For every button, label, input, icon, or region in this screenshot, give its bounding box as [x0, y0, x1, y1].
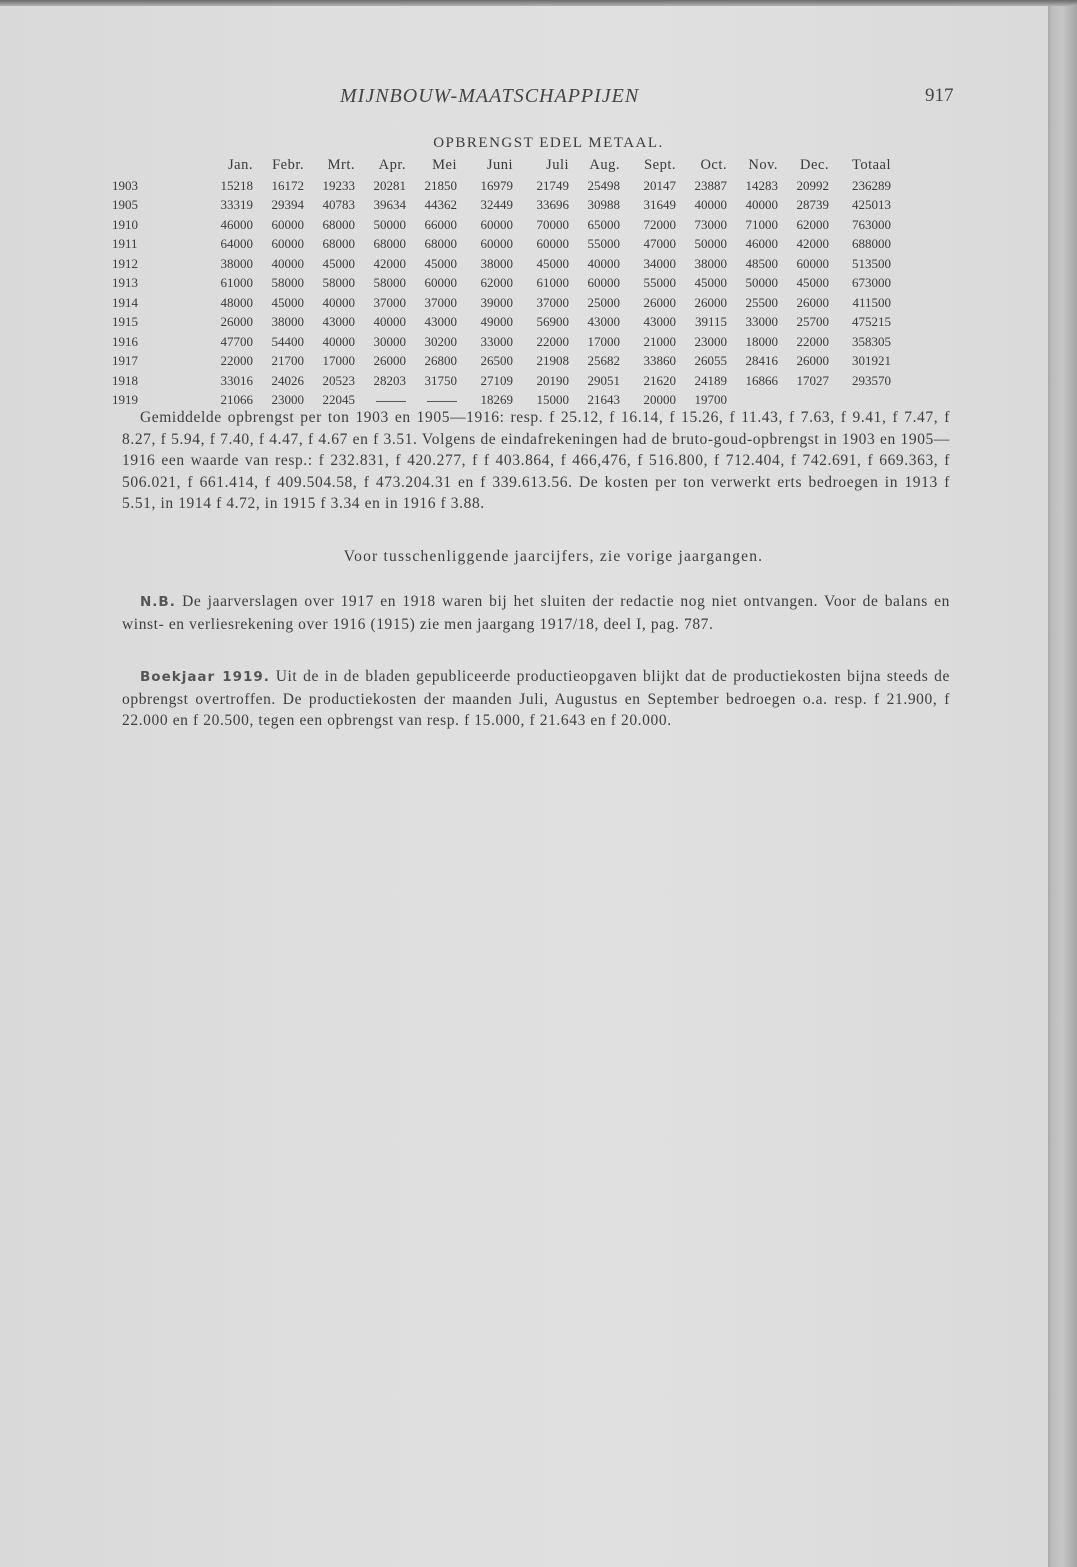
- year-cell: 1918: [112, 371, 202, 391]
- value-cell: 16979: [457, 176, 513, 196]
- value-cell: 45000: [676, 274, 727, 294]
- value-cell: 50000: [676, 235, 727, 255]
- page-number: 917: [925, 85, 954, 107]
- value-cell: 26000: [778, 293, 829, 313]
- column-header: Apr.: [355, 155, 406, 176]
- column-header: Mei: [406, 155, 457, 176]
- value-cell: 21620: [620, 371, 676, 391]
- value-cell: 65000: [569, 215, 620, 235]
- value-cell: 425013: [829, 196, 891, 216]
- value-cell: 60000: [253, 215, 304, 235]
- value-cell: 33000: [457, 332, 513, 352]
- value-cell: 70000: [513, 215, 569, 235]
- value-cell: 73000: [676, 215, 727, 235]
- value-cell: 293570: [829, 371, 891, 391]
- value-cell: 21908: [513, 352, 569, 372]
- value-cell: 56900: [513, 313, 569, 333]
- value-cell: 72000: [620, 215, 676, 235]
- value-cell: 58000: [355, 274, 406, 294]
- value-cell: 68000: [406, 235, 457, 255]
- value-cell: 25500: [727, 293, 778, 313]
- value-cell: 40000: [676, 196, 727, 216]
- value-cell: 58000: [304, 274, 355, 294]
- value-cell: 25498: [569, 176, 620, 196]
- column-header: Juni: [457, 155, 513, 176]
- revenue-table: Jan.Febr.Mrt.Apr.MeiJuniJuliAug.Sept.Oct…: [112, 155, 891, 410]
- value-cell: 48500: [727, 254, 778, 274]
- value-cell: 60000: [457, 215, 513, 235]
- value-cell: 673000: [829, 274, 891, 294]
- value-cell: 54400: [253, 332, 304, 352]
- table-row: 1916477005440040000300003020033000220001…: [112, 332, 891, 352]
- value-cell: 23887: [676, 176, 727, 196]
- value-cell: 60000: [406, 274, 457, 294]
- value-cell: 358305: [829, 332, 891, 352]
- value-cell: 38000: [457, 254, 513, 274]
- column-header: Nov.: [727, 155, 778, 176]
- value-cell: 42000: [778, 235, 829, 255]
- value-cell: 22000: [202, 352, 253, 372]
- value-cell: 25000: [569, 293, 620, 313]
- value-cell: 27109: [457, 371, 513, 391]
- column-header: Aug.: [569, 155, 620, 176]
- year-cell: 1905: [112, 196, 202, 216]
- value-cell: 31649: [620, 196, 676, 216]
- value-cell: 50000: [727, 274, 778, 294]
- value-cell: 29394: [253, 196, 304, 216]
- value-cell: 47700: [202, 332, 253, 352]
- value-cell: 43000: [406, 313, 457, 333]
- value-cell: 33016: [202, 371, 253, 391]
- boekjaar-label: Boekjaar 1919.: [140, 669, 270, 685]
- value-cell: 26000: [355, 352, 406, 372]
- value-cell: 33319: [202, 196, 253, 216]
- value-cell: 50000: [355, 215, 406, 235]
- value-cell: 46000: [202, 215, 253, 235]
- value-cell: 21850: [406, 176, 457, 196]
- value-cell: 26000: [620, 293, 676, 313]
- value-cell: 68000: [304, 215, 355, 235]
- nb-label: N.B.: [140, 594, 176, 610]
- value-cell: 236289: [829, 176, 891, 196]
- value-cell: 55000: [620, 274, 676, 294]
- table-row: 1910460006000068000500006600060000700006…: [112, 215, 891, 235]
- value-cell: 40000: [253, 254, 304, 274]
- value-cell: 34000: [620, 254, 676, 274]
- value-cell: 71000: [727, 215, 778, 235]
- table-row: 1918330162402620523282033175027109201902…: [112, 371, 891, 391]
- dash-mark: [427, 401, 457, 402]
- value-cell: 24189: [676, 371, 727, 391]
- year-cell: 1913: [112, 274, 202, 294]
- value-cell: 40000: [569, 254, 620, 274]
- value-cell: 60000: [457, 235, 513, 255]
- value-cell: 45000: [778, 274, 829, 294]
- value-cell: 475215: [829, 313, 891, 333]
- value-cell: 45000: [253, 293, 304, 313]
- table-row: 1912380004000045000420004500038000450004…: [112, 254, 891, 274]
- value-cell: 28739: [778, 196, 829, 216]
- value-cell: 60000: [569, 274, 620, 294]
- table-row: 1911640006000068000680006800060000600005…: [112, 235, 891, 255]
- value-cell: 64000: [202, 235, 253, 255]
- value-cell: 513500: [829, 254, 891, 274]
- value-cell: 20281: [355, 176, 406, 196]
- value-cell: 21700: [253, 352, 304, 372]
- value-cell: 62000: [778, 215, 829, 235]
- value-cell: 40783: [304, 196, 355, 216]
- value-cell: 28416: [727, 352, 778, 372]
- value-cell: 14283: [727, 176, 778, 196]
- value-cell: 45000: [304, 254, 355, 274]
- value-cell: 61000: [513, 274, 569, 294]
- value-cell: 26000: [778, 352, 829, 372]
- value-cell: 61000: [202, 274, 253, 294]
- value-cell: 23000: [676, 332, 727, 352]
- value-cell: 30988: [569, 196, 620, 216]
- value-cell: 39634: [355, 196, 406, 216]
- value-cell: 18000: [727, 332, 778, 352]
- value-cell: 60000: [253, 235, 304, 255]
- paragraph-text: Gemiddelde opbrengst per ton 1903 en 190…: [122, 407, 950, 515]
- value-cell: 688000: [829, 235, 891, 255]
- year-column-header: [112, 155, 202, 176]
- column-header: Febr.: [253, 155, 304, 176]
- nb-paragraph: N.B. De jaarverslagen over 1917 en 1918 …: [122, 591, 950, 635]
- year-cell: 1917: [112, 352, 202, 372]
- value-cell: 33000: [727, 313, 778, 333]
- column-header: Juli: [513, 155, 569, 176]
- value-cell: 45000: [406, 254, 457, 274]
- scan-right-edge: [1048, 6, 1077, 1567]
- table-row: 1915260003800043000400004300049000569004…: [112, 313, 891, 333]
- value-cell: 20190: [513, 371, 569, 391]
- value-cell: 40000: [304, 293, 355, 313]
- value-cell: 26800: [406, 352, 457, 372]
- value-cell: 763000: [829, 215, 891, 235]
- value-cell: 40000: [727, 196, 778, 216]
- table-row: 1913610005800058000580006000062000610006…: [112, 274, 891, 294]
- year-cell: 1911: [112, 235, 202, 255]
- value-cell: 31750: [406, 371, 457, 391]
- table-row: 1917220002170017000260002680026500219082…: [112, 352, 891, 372]
- value-cell: 37000: [406, 293, 457, 313]
- running-title: MIJNBOUW-MAATSCHAPPIJEN: [340, 85, 639, 108]
- value-cell: 301921: [829, 352, 891, 372]
- value-cell: 16866: [727, 371, 778, 391]
- value-cell: 38000: [253, 313, 304, 333]
- value-cell: 48000: [202, 293, 253, 313]
- value-cell: 62000: [457, 274, 513, 294]
- value-cell: 21749: [513, 176, 569, 196]
- value-cell: 32449: [457, 196, 513, 216]
- year-cell: 1914: [112, 293, 202, 313]
- value-cell: 68000: [304, 235, 355, 255]
- column-header: Oct.: [676, 155, 727, 176]
- value-cell: 43000: [620, 313, 676, 333]
- value-cell: 16172: [253, 176, 304, 196]
- value-cell: 42000: [355, 254, 406, 274]
- nb-text: De jaarverslagen over 1917 en 1918 waren…: [122, 593, 950, 633]
- year-cell: 1903: [112, 176, 202, 196]
- value-cell: 22000: [513, 332, 569, 352]
- value-cell: 37000: [355, 293, 406, 313]
- value-cell: 60000: [513, 235, 569, 255]
- value-cell: 30000: [355, 332, 406, 352]
- value-cell: 38000: [676, 254, 727, 274]
- value-cell: 40000: [355, 313, 406, 333]
- column-header: Jan.: [202, 155, 253, 176]
- column-header: Totaal: [829, 155, 891, 176]
- value-cell: 411500: [829, 293, 891, 313]
- value-cell: 26000: [202, 313, 253, 333]
- column-header: Mrt.: [304, 155, 355, 176]
- value-cell: 17027: [778, 371, 829, 391]
- value-cell: 20523: [304, 371, 355, 391]
- column-header: Sept.: [620, 155, 676, 176]
- value-cell: 19233: [304, 176, 355, 196]
- value-cell: 47000: [620, 235, 676, 255]
- table-header-row: Jan.Febr.Mrt.Apr.MeiJuniJuliAug.Sept.Oct…: [112, 155, 891, 176]
- value-cell: 20147: [620, 176, 676, 196]
- value-cell: 40000: [304, 332, 355, 352]
- column-header: Dec.: [778, 155, 829, 176]
- table-title: OPBRENGST EDEL METAAL.: [0, 135, 1077, 152]
- year-cell: 1912: [112, 254, 202, 274]
- table-body: 1903152181617219233202812185016979217492…: [112, 176, 891, 410]
- year-cell: 1916: [112, 332, 202, 352]
- value-cell: 17000: [569, 332, 620, 352]
- average-revenue-paragraph: Gemiddelde opbrengst per ton 1903 en 190…: [122, 407, 950, 515]
- value-cell: 45000: [513, 254, 569, 274]
- table-row: 1905333192939440783396344436232449336963…: [112, 196, 891, 216]
- value-cell: 25700: [778, 313, 829, 333]
- dash-mark: [376, 401, 406, 402]
- value-cell: 22000: [778, 332, 829, 352]
- value-cell: 17000: [304, 352, 355, 372]
- value-cell: 39115: [676, 313, 727, 333]
- value-cell: 26000: [676, 293, 727, 313]
- value-cell: 46000: [727, 235, 778, 255]
- year-cell: 1915: [112, 313, 202, 333]
- value-cell: 33860: [620, 352, 676, 372]
- value-cell: 33696: [513, 196, 569, 216]
- value-cell: 49000: [457, 313, 513, 333]
- value-cell: 38000: [202, 254, 253, 274]
- value-cell: 26055: [676, 352, 727, 372]
- value-cell: 37000: [513, 293, 569, 313]
- boekjaar-block: Boekjaar 1919. Uit de in de bladen gepub…: [122, 666, 950, 732]
- boekjaar-paragraph: Boekjaar 1919. Uit de in de bladen gepub…: [122, 666, 950, 732]
- table-row: 1903152181617219233202812185016979217492…: [112, 176, 891, 196]
- value-cell: 26500: [457, 352, 513, 372]
- value-cell: 30200: [406, 332, 457, 352]
- value-cell: 25682: [569, 352, 620, 372]
- value-cell: 43000: [569, 313, 620, 333]
- year-cell: 1910: [112, 215, 202, 235]
- value-cell: 55000: [569, 235, 620, 255]
- value-cell: 66000: [406, 215, 457, 235]
- value-cell: 58000: [253, 274, 304, 294]
- table-row: 1914480004500040000370003700039000370002…: [112, 293, 891, 313]
- value-cell: 44362: [406, 196, 457, 216]
- nb-block: N.B. De jaarverslagen over 1917 en 1918 …: [122, 591, 950, 635]
- value-cell: 43000: [304, 313, 355, 333]
- intermediate-years-note: Voor tusschenliggende jaarcijfers, zie v…: [0, 548, 1077, 566]
- value-cell: 20992: [778, 176, 829, 196]
- value-cell: 24026: [253, 371, 304, 391]
- value-cell: 15218: [202, 176, 253, 196]
- value-cell: 29051: [569, 371, 620, 391]
- value-cell: 21000: [620, 332, 676, 352]
- value-cell: 68000: [355, 235, 406, 255]
- value-cell: 28203: [355, 371, 406, 391]
- value-cell: 60000: [778, 254, 829, 274]
- value-cell: 39000: [457, 293, 513, 313]
